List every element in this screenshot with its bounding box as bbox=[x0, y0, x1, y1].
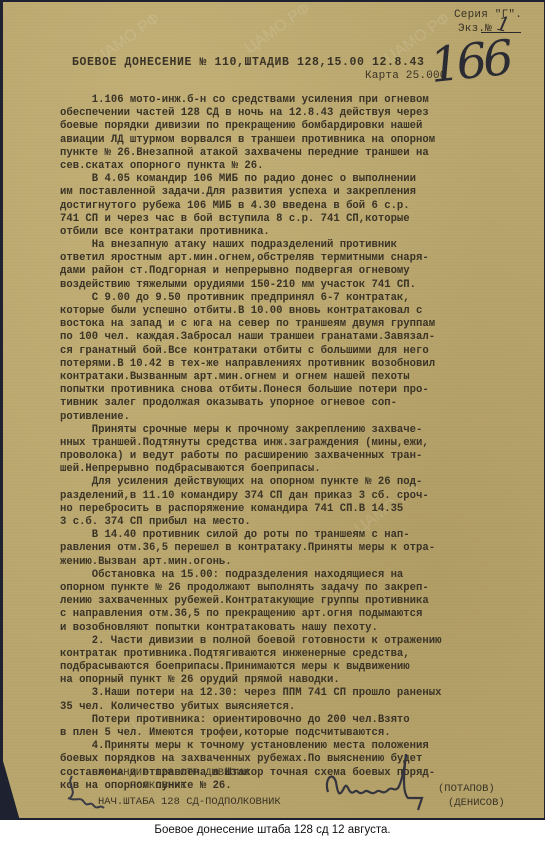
report-line: тивник залег продолжая оказывать упорное… bbox=[60, 397, 540, 410]
report-line: ротивление. bbox=[60, 411, 540, 424]
handwritten-page-number: 166 bbox=[427, 30, 512, 94]
handwritten-signature-commander bbox=[322, 752, 442, 816]
report-line: 3.Наши потери на 12.30: через ППМ 741 СП… bbox=[60, 687, 540, 700]
report-line: и возобновляют попытки контратаковать на… bbox=[60, 622, 540, 635]
report-line: которые были успешно отбиты.В 10.00 внов… bbox=[60, 305, 540, 318]
report-line: достигнутого рубежа 106 МИБ в 4.30 введе… bbox=[60, 200, 540, 213]
image-caption: Боевое донесение штаба 128 сд 12 августа… bbox=[0, 824, 545, 836]
report-line: в плен 5 чел. Имеются трофеи,которые под… bbox=[60, 727, 540, 740]
report-line: воздействию тяжелыми орудиями 150-210 мм… bbox=[60, 279, 540, 292]
report-line: В 4.05 командир 106 МИБ по радио донес о… bbox=[60, 173, 540, 186]
report-line: отбили все контратаки противника. bbox=[60, 226, 540, 239]
report-line: ответил яростным арт.мин.огнем,обстреляв… bbox=[60, 252, 540, 265]
report-body: 1.106 мото-инж.б-н со средствами усилени… bbox=[60, 94, 540, 793]
report-line: но перебросить в распоряжение командира … bbox=[60, 503, 540, 516]
report-line: Для усиления действующих на опорном пунк… bbox=[60, 476, 540, 489]
report-line: На внезапную атаку наших подразделений п… bbox=[60, 239, 540, 252]
report-line: контратак противника.Подтягиваются инжен… bbox=[60, 648, 540, 661]
commander-name: (ПОТАПОВ) bbox=[438, 783, 495, 795]
report-line: нных траншей.Подтянуты средства инж.загр… bbox=[60, 437, 540, 450]
report-line: 1.106 мото-инж.б-н со средствами усилени… bbox=[60, 94, 540, 107]
report-line: 2. Части дивизии в полной боевой готовно… bbox=[60, 635, 540, 648]
report-line: С 9.00 до 9.50 противник предпринял 6-7 … bbox=[60, 292, 540, 305]
report-line: обеспечении частей 128 СД в ночь на 12.8… bbox=[60, 107, 540, 120]
document-title: БОЕВОЕ ДОНЕСЕНИЕ № 110,ШТАДИВ 128,15.00 … bbox=[72, 56, 425, 69]
report-line: проволока) и ведут работы по расширению … bbox=[60, 450, 540, 463]
report-line: ся гранатный бой.Все контратаки отбиты с… bbox=[60, 345, 540, 358]
report-line: с направления отм.36,5 по прекращению ар… bbox=[60, 608, 540, 621]
commander-rank: ПОЛКОВНИК bbox=[130, 780, 187, 792]
report-line: 3 с.б. 374 СП прибыл на место. bbox=[60, 516, 540, 529]
report-line: шей.Непрерывно подбрасываются боеприпасы… bbox=[60, 463, 540, 476]
chief-of-staff-title: НАЧ.ШТАБА 128 СД-ПОДПОЛКОВНИК bbox=[98, 796, 281, 808]
report-line: 741 СП и через час в бой вступила 8 с.р.… bbox=[60, 213, 540, 226]
report-line: Потери противника: ориентировочно до 200… bbox=[60, 714, 540, 727]
report-line: опорном пункте № 26 продолжают выполнять… bbox=[60, 582, 540, 595]
chief-of-staff-name: (ДЕНИСОВ) bbox=[448, 797, 505, 809]
report-line: подбрасываются боеприпасы.Принимаются ме… bbox=[60, 661, 540, 674]
report-line: по 100 чел. каждая.Забросал наши траншеи… bbox=[60, 331, 540, 344]
report-line: боевые порядки дивизии по прекращению бо… bbox=[60, 120, 540, 133]
report-line: Приняты срочные меры к прочному закрепле… bbox=[60, 424, 540, 437]
report-line: 4.Приняты меры к точному установлению ме… bbox=[60, 740, 540, 753]
document-series: Серия "Г". bbox=[454, 8, 522, 22]
report-line: пункте № 26.Внезапной атакой захвачены п… bbox=[60, 147, 540, 160]
report-line: востока на запад и с юга на север по тра… bbox=[60, 318, 540, 331]
report-line: дами район ст.Подгорная и непрерывно под… bbox=[60, 265, 540, 278]
report-line: авиации ЛД штурмом ворвался в траншеи пр… bbox=[60, 134, 540, 147]
report-line: разделений,в 11.10 командиру 374 СП дан … bbox=[60, 490, 540, 503]
report-line: контратаки.Вызванным арт.мин.огнем и огн… bbox=[60, 371, 540, 384]
commander-title: КОМАНДИР 128 СТР.ДИВИЗИИ bbox=[98, 767, 249, 779]
report-line: равления отм.36,5 перешел в контратаку.П… bbox=[60, 542, 540, 555]
report-line: им поставленной задачи.Для развития успе… bbox=[60, 186, 540, 199]
report-line: попытки противника снова отбиты.Понеся б… bbox=[60, 384, 540, 397]
report-line: на опорный пункт № 26 орудий прямой наво… bbox=[60, 674, 540, 687]
report-line: потерями.В 10.42 в тех-же направлениях п… bbox=[60, 358, 540, 371]
report-line: жению.Вызван арт.мин.огонь. bbox=[60, 556, 540, 569]
report-line: лению захваченных рубежей.Контратакующие… bbox=[60, 595, 540, 608]
report-line: Обстановка на 15.00: подразделения наход… bbox=[60, 569, 540, 582]
report-line: В 14.40 противник силой до роты по транш… bbox=[60, 529, 540, 542]
report-line: 35 чел. Количество убитых выясняется. bbox=[60, 701, 540, 714]
handwritten-signature-chief bbox=[62, 768, 108, 816]
report-line: боевых порядков на захваченных рубежах.П… bbox=[60, 753, 540, 766]
report-line: сев.скатах опорного пункта № 26. bbox=[60, 160, 540, 173]
